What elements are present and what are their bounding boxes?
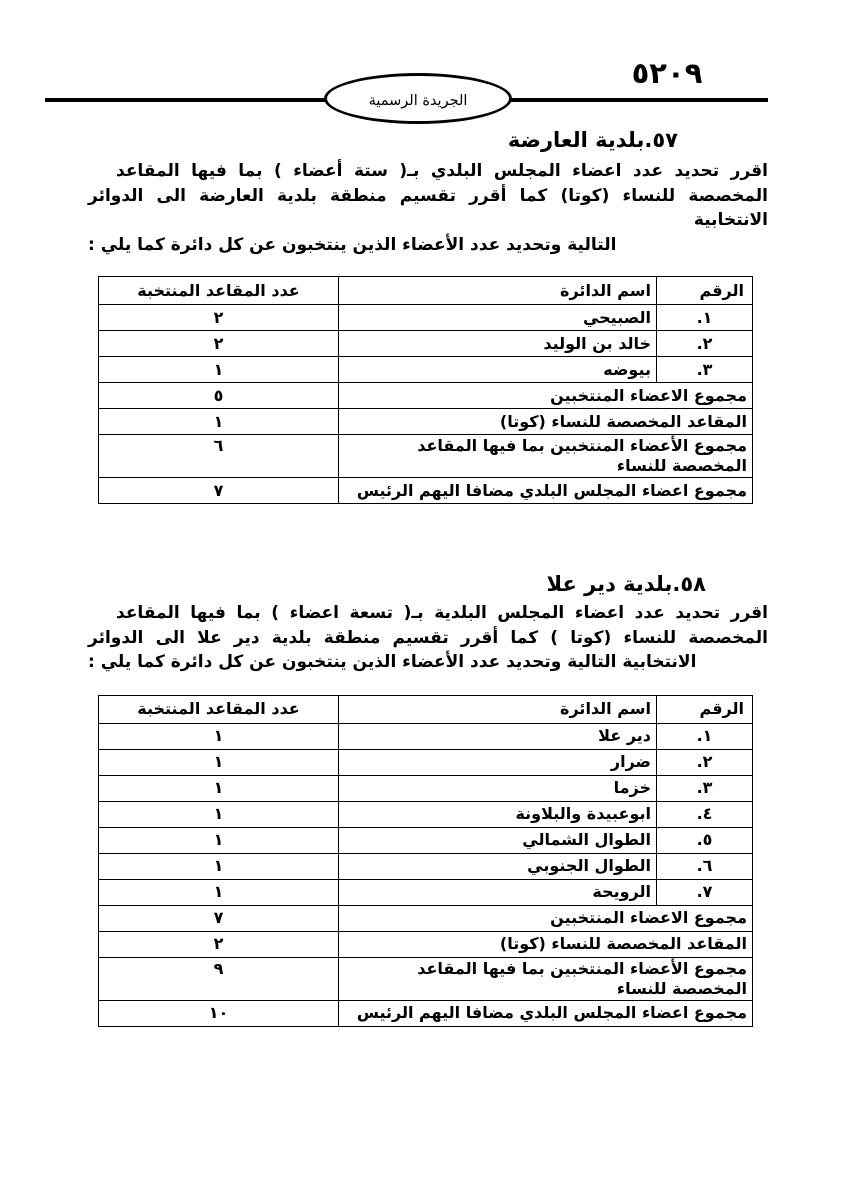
elected-seats-cell: ١ <box>99 853 339 879</box>
elected-seats-cell: ١ <box>99 723 339 749</box>
gazette-stamp-label: الجريدة الرسمية <box>369 89 468 109</box>
district-name-cell: بيوضه <box>339 357 657 383</box>
col-header-district-name: اسم الدائرة <box>339 695 657 723</box>
elected-seats-cell: ١ <box>99 775 339 801</box>
summary-label-cell: مجموع الاعضاء المنتخبين <box>339 383 753 409</box>
row-number-cell: ١. <box>657 723 753 749</box>
summary-row: مجموع الأعضاء المنتخبين بما فيها المقاعد… <box>99 957 753 1000</box>
page-number: ٥٢٠٩ <box>612 56 722 90</box>
row-number-cell: ١. <box>657 305 753 331</box>
elected-seats-cell: ١ <box>99 357 339 383</box>
section-1-paragraph: اقرر تحديد عدد اعضاء المجلس البلدي بـ( س… <box>88 159 768 257</box>
summary-label-cell: مجموع اعضاء المجلس البلدي مضافا اليهم ال… <box>339 478 753 504</box>
district-name-cell: ضرار <box>339 749 657 775</box>
row-number-cell: ٢. <box>657 749 753 775</box>
elected-seats-cell: ١ <box>99 749 339 775</box>
row-number-cell: ٢. <box>657 331 753 357</box>
row-number-cell: ٤. <box>657 801 753 827</box>
district-name-cell: الرويحة <box>339 879 657 905</box>
paragraph-line: المخصصة للنساء (كوتا ) كما أقرر تقسيم من… <box>88 626 768 651</box>
summary-label-cell: مجموع الأعضاء المنتخبين بما فيها المقاعد… <box>339 957 753 1000</box>
summary-value-cell: ٩ <box>99 957 339 1000</box>
summary-row: مجموع الاعضاء المنتخبين ٥ <box>99 383 753 409</box>
table-row: ١. الصبيحي ٢ <box>99 305 753 331</box>
table-row: ٥. الطوال الشمالي ١ <box>99 827 753 853</box>
summary-value-cell: ٧ <box>99 478 339 504</box>
table-row: ٢. خالد بن الوليد ٢ <box>99 331 753 357</box>
district-name-cell: خزما <box>339 775 657 801</box>
page-content: ٥٧.بلدية العارضة اقرر تحديد عدد اعضاء ال… <box>0 126 850 1027</box>
row-number-cell: ٣. <box>657 775 753 801</box>
section-2-paragraph: اقرر تحديد عدد اعضاء المجلس البلدية بـ( … <box>88 601 768 675</box>
col-header-number: الرقم <box>657 695 753 723</box>
summary-label-cell: المقاعد المخصصة للنساء (كوتا) <box>339 931 753 957</box>
summary-value-cell: ٢ <box>99 931 339 957</box>
circuits-table-aridah: الرقم اسم الدائرة عدد المقاعد المنتخبة ١… <box>98 276 753 504</box>
summary-row: مجموع الاعضاء المنتخبين ٧ <box>99 905 753 931</box>
paragraph-line: الانتخابية التالية وتحديد عدد الأعضاء ال… <box>88 650 768 675</box>
district-name-cell: الطوال الجنوبي <box>339 853 657 879</box>
summary-label-cell: مجموع الأعضاء المنتخبين بما فيها المقاعد… <box>339 435 753 478</box>
elected-seats-cell: ٢ <box>99 331 339 357</box>
summary-row: مجموع اعضاء المجلس البلدي مضافا اليهم ال… <box>99 1000 753 1026</box>
row-number-cell: ٥. <box>657 827 753 853</box>
table-row: ٦. الطوال الجنوبي ١ <box>99 853 753 879</box>
section-2-heading: ٥٨.بلدية دير علا <box>88 570 768 598</box>
summary-value-cell: ١٠ <box>99 1000 339 1026</box>
district-name-cell: الطوال الشمالي <box>339 827 657 853</box>
table-row: ٢. ضرار ١ <box>99 749 753 775</box>
table-header-row: الرقم اسم الدائرة عدد المقاعد المنتخبة <box>99 277 753 305</box>
row-number-cell: ٧. <box>657 879 753 905</box>
summary-value-cell: ٦ <box>99 435 339 478</box>
table-row: ١. دير علا ١ <box>99 723 753 749</box>
gazette-page: { "page": { "number": "٥٢٠٩", "gazette_t… <box>0 0 850 1193</box>
table-header-row: الرقم اسم الدائرة عدد المقاعد المنتخبة <box>99 695 753 723</box>
elected-seats-cell: ١ <box>99 879 339 905</box>
summary-row: المقاعد المخصصة للنساء (كوتا) ١ <box>99 409 753 435</box>
summary-label-cell: المقاعد المخصصة للنساء (كوتا) <box>339 409 753 435</box>
summary-label-cell: مجموع الاعضاء المنتخبين <box>339 905 753 931</box>
summary-row: مجموع الأعضاء المنتخبين بما فيها المقاعد… <box>99 435 753 478</box>
summary-value-cell: ٧ <box>99 905 339 931</box>
elected-seats-cell: ٢ <box>99 305 339 331</box>
paragraph-line: اقرر تحديد عدد اعضاء المجلس البلدي بـ( س… <box>88 159 768 184</box>
summary-value-cell: ٥ <box>99 383 339 409</box>
summary-row: مجموع اعضاء المجلس البلدي مضافا اليهم ال… <box>99 478 753 504</box>
paragraph-line: اقرر تحديد عدد اعضاء المجلس البلدية بـ( … <box>88 601 768 626</box>
col-header-elected-seats: عدد المقاعد المنتخبة <box>99 695 339 723</box>
table-row: ٣. بيوضه ١ <box>99 357 753 383</box>
district-name-cell: ابوعبيدة والبلاونة <box>339 801 657 827</box>
elected-seats-cell: ١ <box>99 801 339 827</box>
summary-row: المقاعد المخصصة للنساء (كوتا) ٢ <box>99 931 753 957</box>
col-header-number: الرقم <box>657 277 753 305</box>
row-number-cell: ٣. <box>657 357 753 383</box>
summary-label-cell: مجموع اعضاء المجلس البلدي مضافا اليهم ال… <box>339 1000 753 1026</box>
col-header-district-name: اسم الدائرة <box>339 277 657 305</box>
circuits-table-deir-alla: الرقم اسم الدائرة عدد المقاعد المنتخبة ١… <box>98 695 753 1027</box>
table-row: ٣. خزما ١ <box>99 775 753 801</box>
table-row: ٧. الرويحة ١ <box>99 879 753 905</box>
district-name-cell: الصبيحي <box>339 305 657 331</box>
district-name-cell: دير علا <box>339 723 657 749</box>
elected-seats-cell: ١ <box>99 827 339 853</box>
paragraph-line: المخصصة للنساء (كوتا) كما أقرر تقسيم منط… <box>88 184 768 233</box>
district-name-cell: خالد بن الوليد <box>339 331 657 357</box>
paragraph-line: التالية وتحديد عدد الأعضاء الذين ينتخبون… <box>88 233 768 258</box>
row-number-cell: ٦. <box>657 853 753 879</box>
gazette-stamp: الجريدة الرسمية <box>324 73 512 124</box>
table-row: ٤. ابوعبيدة والبلاونة ١ <box>99 801 753 827</box>
section-1-heading: ٥٧.بلدية العارضة <box>88 126 768 154</box>
col-header-elected-seats: عدد المقاعد المنتخبة <box>99 277 339 305</box>
summary-value-cell: ١ <box>99 409 339 435</box>
